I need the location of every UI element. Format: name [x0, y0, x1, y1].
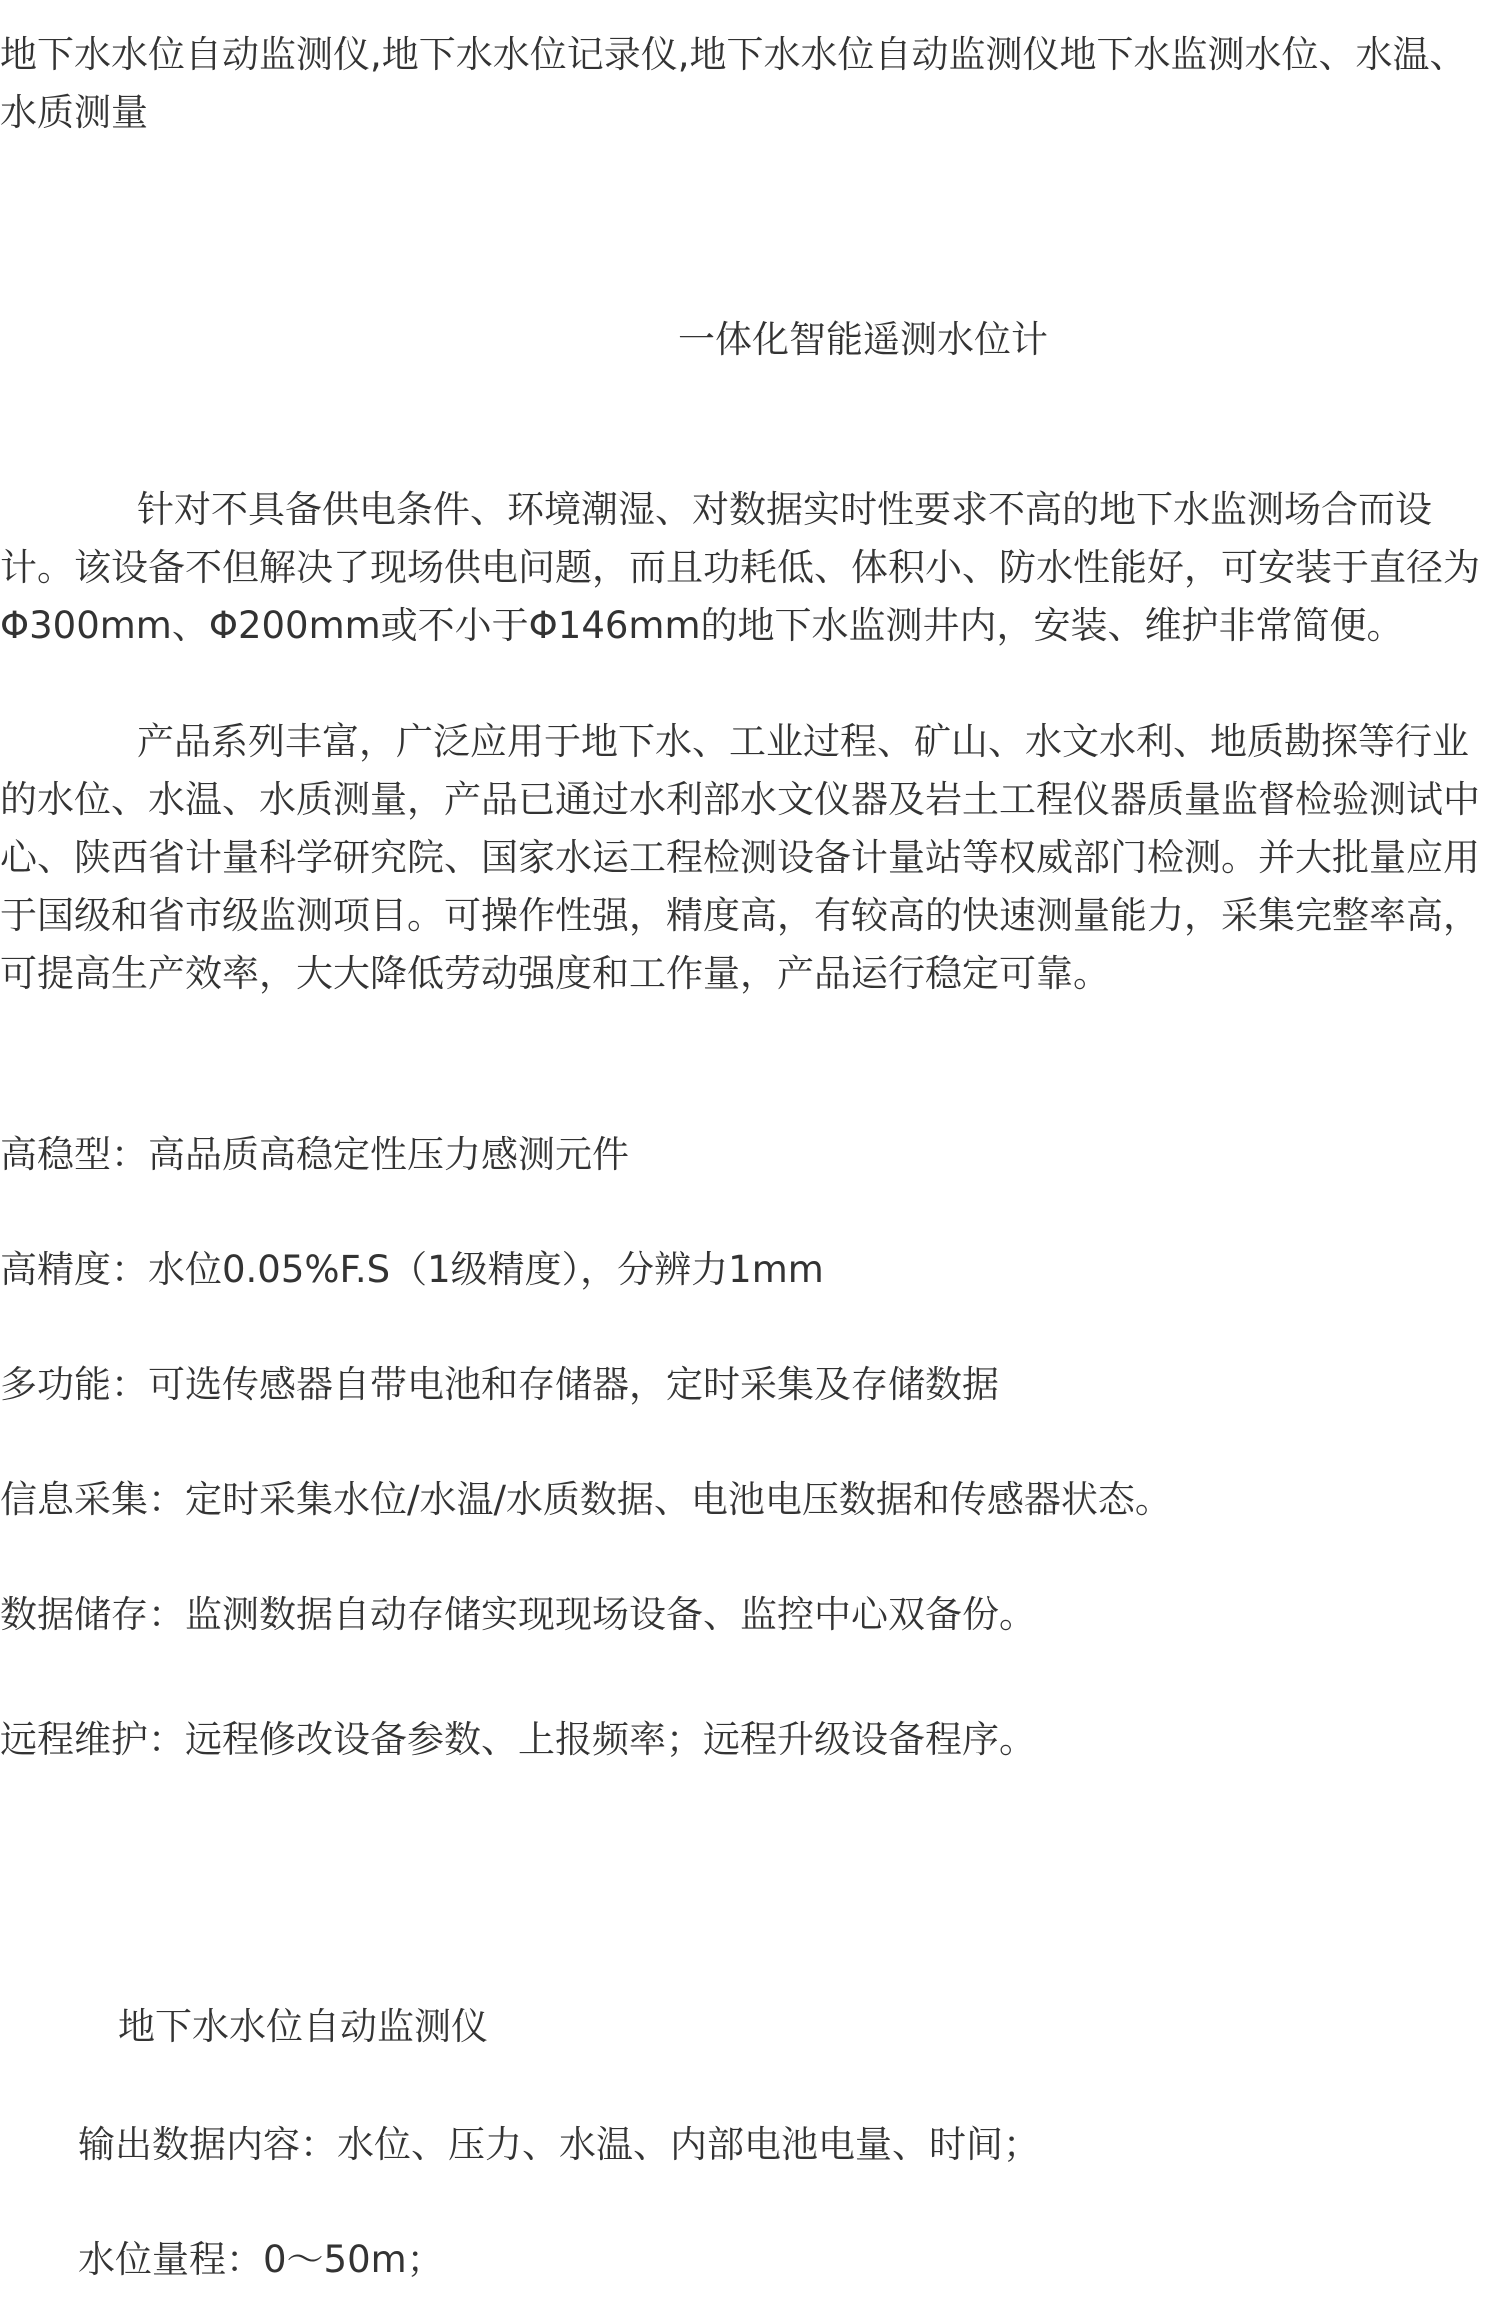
- feature-label: 信息采集：: [0, 1478, 185, 1521]
- intro-paragraph: 针对不具备供电条件、环境潮湿、对数据实时性要求不高的地下水监测场合而设计。该设备…: [0, 481, 1495, 655]
- spec-water-level-range: 水位量程：0～50m；: [78, 2231, 444, 2289]
- feature-text: 监测数据自动存储实现现场设备、监控中心双备份。: [185, 1593, 1036, 1636]
- application-paragraph: 产品系列丰富，广泛应用于地下水、工业过程、矿山、水文水利、地质勘探等行业的水位、…: [0, 713, 1495, 1003]
- spec-value: 水位、压力、水温、内部电池电量、时间；: [337, 2123, 1040, 2166]
- feature-label: 高稳型：: [0, 1133, 148, 1176]
- page-header-title: 地下水水位自动监测仪,地下水水位记录仪,地下水水位自动监测仪地下水监测水位、水温…: [0, 26, 1480, 142]
- feature-label: 多功能：: [0, 1363, 148, 1406]
- spec-output-data: 输出数据内容：水位、压力、水温、内部电池电量、时间；: [78, 2116, 1040, 2174]
- feature-label: 数据储存：: [0, 1593, 185, 1636]
- feature-item-stability: 高稳型：高品质高稳定性压力感测元件: [0, 1126, 629, 1184]
- feature-text: 可选传感器自带电池和存储器，定时采集及存储数据: [148, 1363, 999, 1406]
- feature-item-data-collection: 信息采集：定时采集水位/水温/水质数据、电池电压数据和传感器状态。: [0, 1471, 1172, 1529]
- feature-label: 远程维护：: [0, 1718, 185, 1761]
- feature-text: 高品质高稳定性压力感测元件: [148, 1133, 629, 1176]
- spec-value: 0～50m；: [263, 2238, 444, 2281]
- product-title: 一体化智能遥测水位计: [678, 311, 1048, 369]
- feature-text: 远程修改设备参数、上报频率；远程升级设备程序。: [185, 1718, 1036, 1761]
- feature-item-precision: 高精度：水位0.05%F.S（1级精度），分辨力1mm: [0, 1241, 824, 1299]
- section-title: 地下水水位自动监测仪: [118, 1998, 488, 2056]
- feature-label: 高精度：: [0, 1248, 148, 1291]
- feature-item-remote-maintenance: 远程维护：远程修改设备参数、上报频率；远程升级设备程序。: [0, 1711, 1036, 1769]
- feature-text: 水位0.05%F.S（1级精度），分辨力1mm: [148, 1248, 824, 1291]
- feature-item-data-storage: 数据储存：监测数据自动存储实现现场设备、监控中心双备份。: [0, 1586, 1036, 1644]
- spec-label: 水位量程：: [78, 2238, 263, 2281]
- feature-text: 定时采集水位/水温/水质数据、电池电压数据和传感器状态。: [185, 1478, 1172, 1521]
- feature-item-multifunction: 多功能：可选传感器自带电池和存储器，定时采集及存储数据: [0, 1356, 999, 1414]
- spec-label: 输出数据内容：: [78, 2123, 337, 2166]
